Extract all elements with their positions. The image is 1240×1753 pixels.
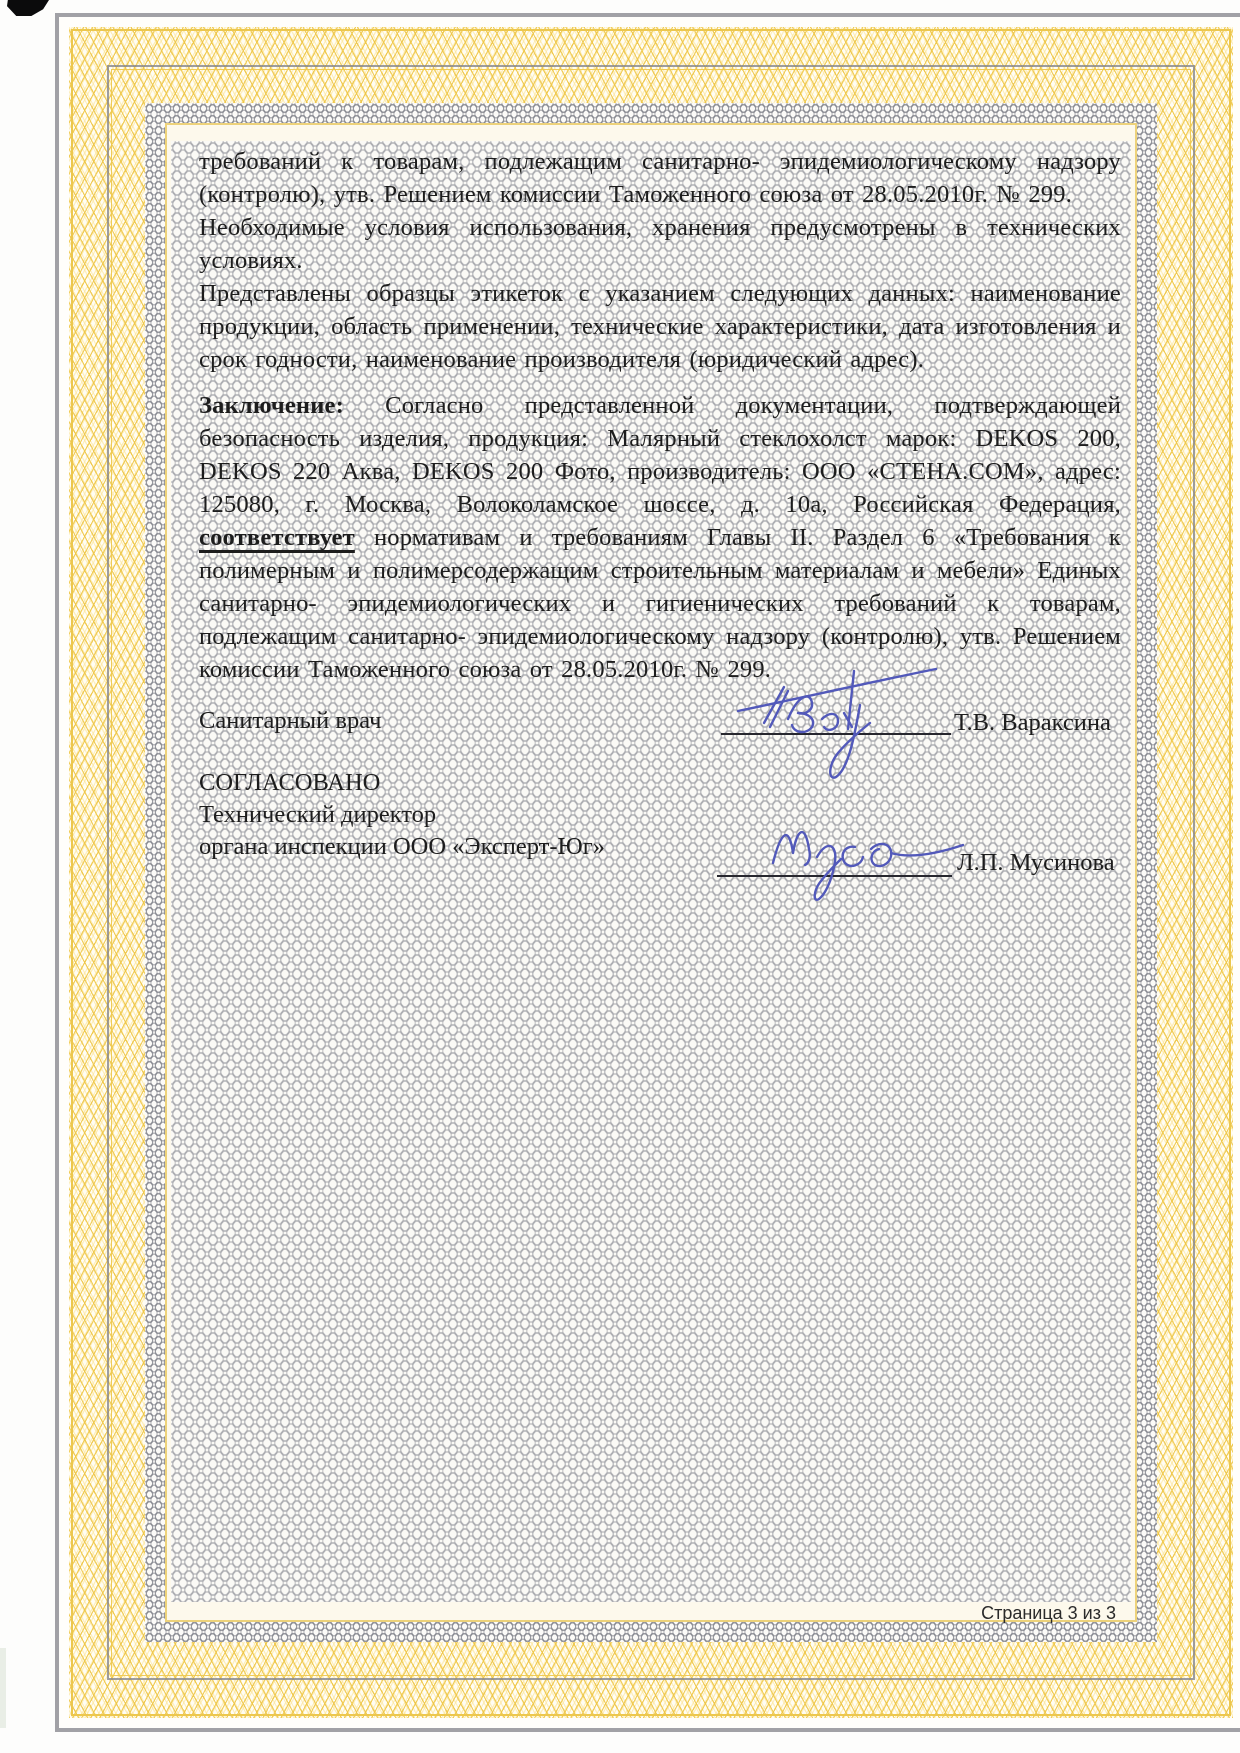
paragraph-labels: Представлены образцы этикеток с указание… bbox=[199, 277, 1121, 376]
signer2-role-line1: Технический директор bbox=[199, 801, 436, 829]
certificate-page: требований к товарам, подлежащим санитар… bbox=[55, 13, 1240, 1732]
scanned-certificate: { "document": { "body_paragraphs": { "p1… bbox=[0, 0, 1240, 1753]
paragraph-conditions: Необходимые условия использования, хране… bbox=[199, 211, 1121, 277]
conclusion-label: Заключение: bbox=[199, 392, 344, 419]
paragraph-conclusion: Заключение: Согласно представленной доку… bbox=[199, 389, 1121, 686]
page-indicator: Страница 3 из 3 bbox=[981, 1603, 1116, 1624]
signer2-role-line2: органа инспекции ООО «Эксперт-Юг» bbox=[199, 833, 605, 861]
paragraph-requirements: требований к товарам, подлежащим санитар… bbox=[199, 145, 1121, 211]
musinova-signature bbox=[731, 793, 971, 913]
signer1-role: Санитарный врач bbox=[199, 707, 381, 735]
signer1-name: Т.В. Вараксина bbox=[954, 709, 1111, 737]
document-content: требований к товарам, подлежащим санитар… bbox=[171, 141, 1131, 1602]
signer2-name: Л.П. Мусинова bbox=[957, 849, 1115, 877]
scan-artifact-edge bbox=[0, 1648, 6, 1728]
approved-label: СОГЛАСОВАНО bbox=[199, 769, 380, 797]
document-text: требований к товарам, подлежащим санитар… bbox=[171, 141, 1131, 686]
conclusion-emphasis: соответствует bbox=[199, 524, 355, 551]
scan-artifact-corner bbox=[7, 0, 49, 16]
varaksina-signature bbox=[736, 661, 956, 786]
